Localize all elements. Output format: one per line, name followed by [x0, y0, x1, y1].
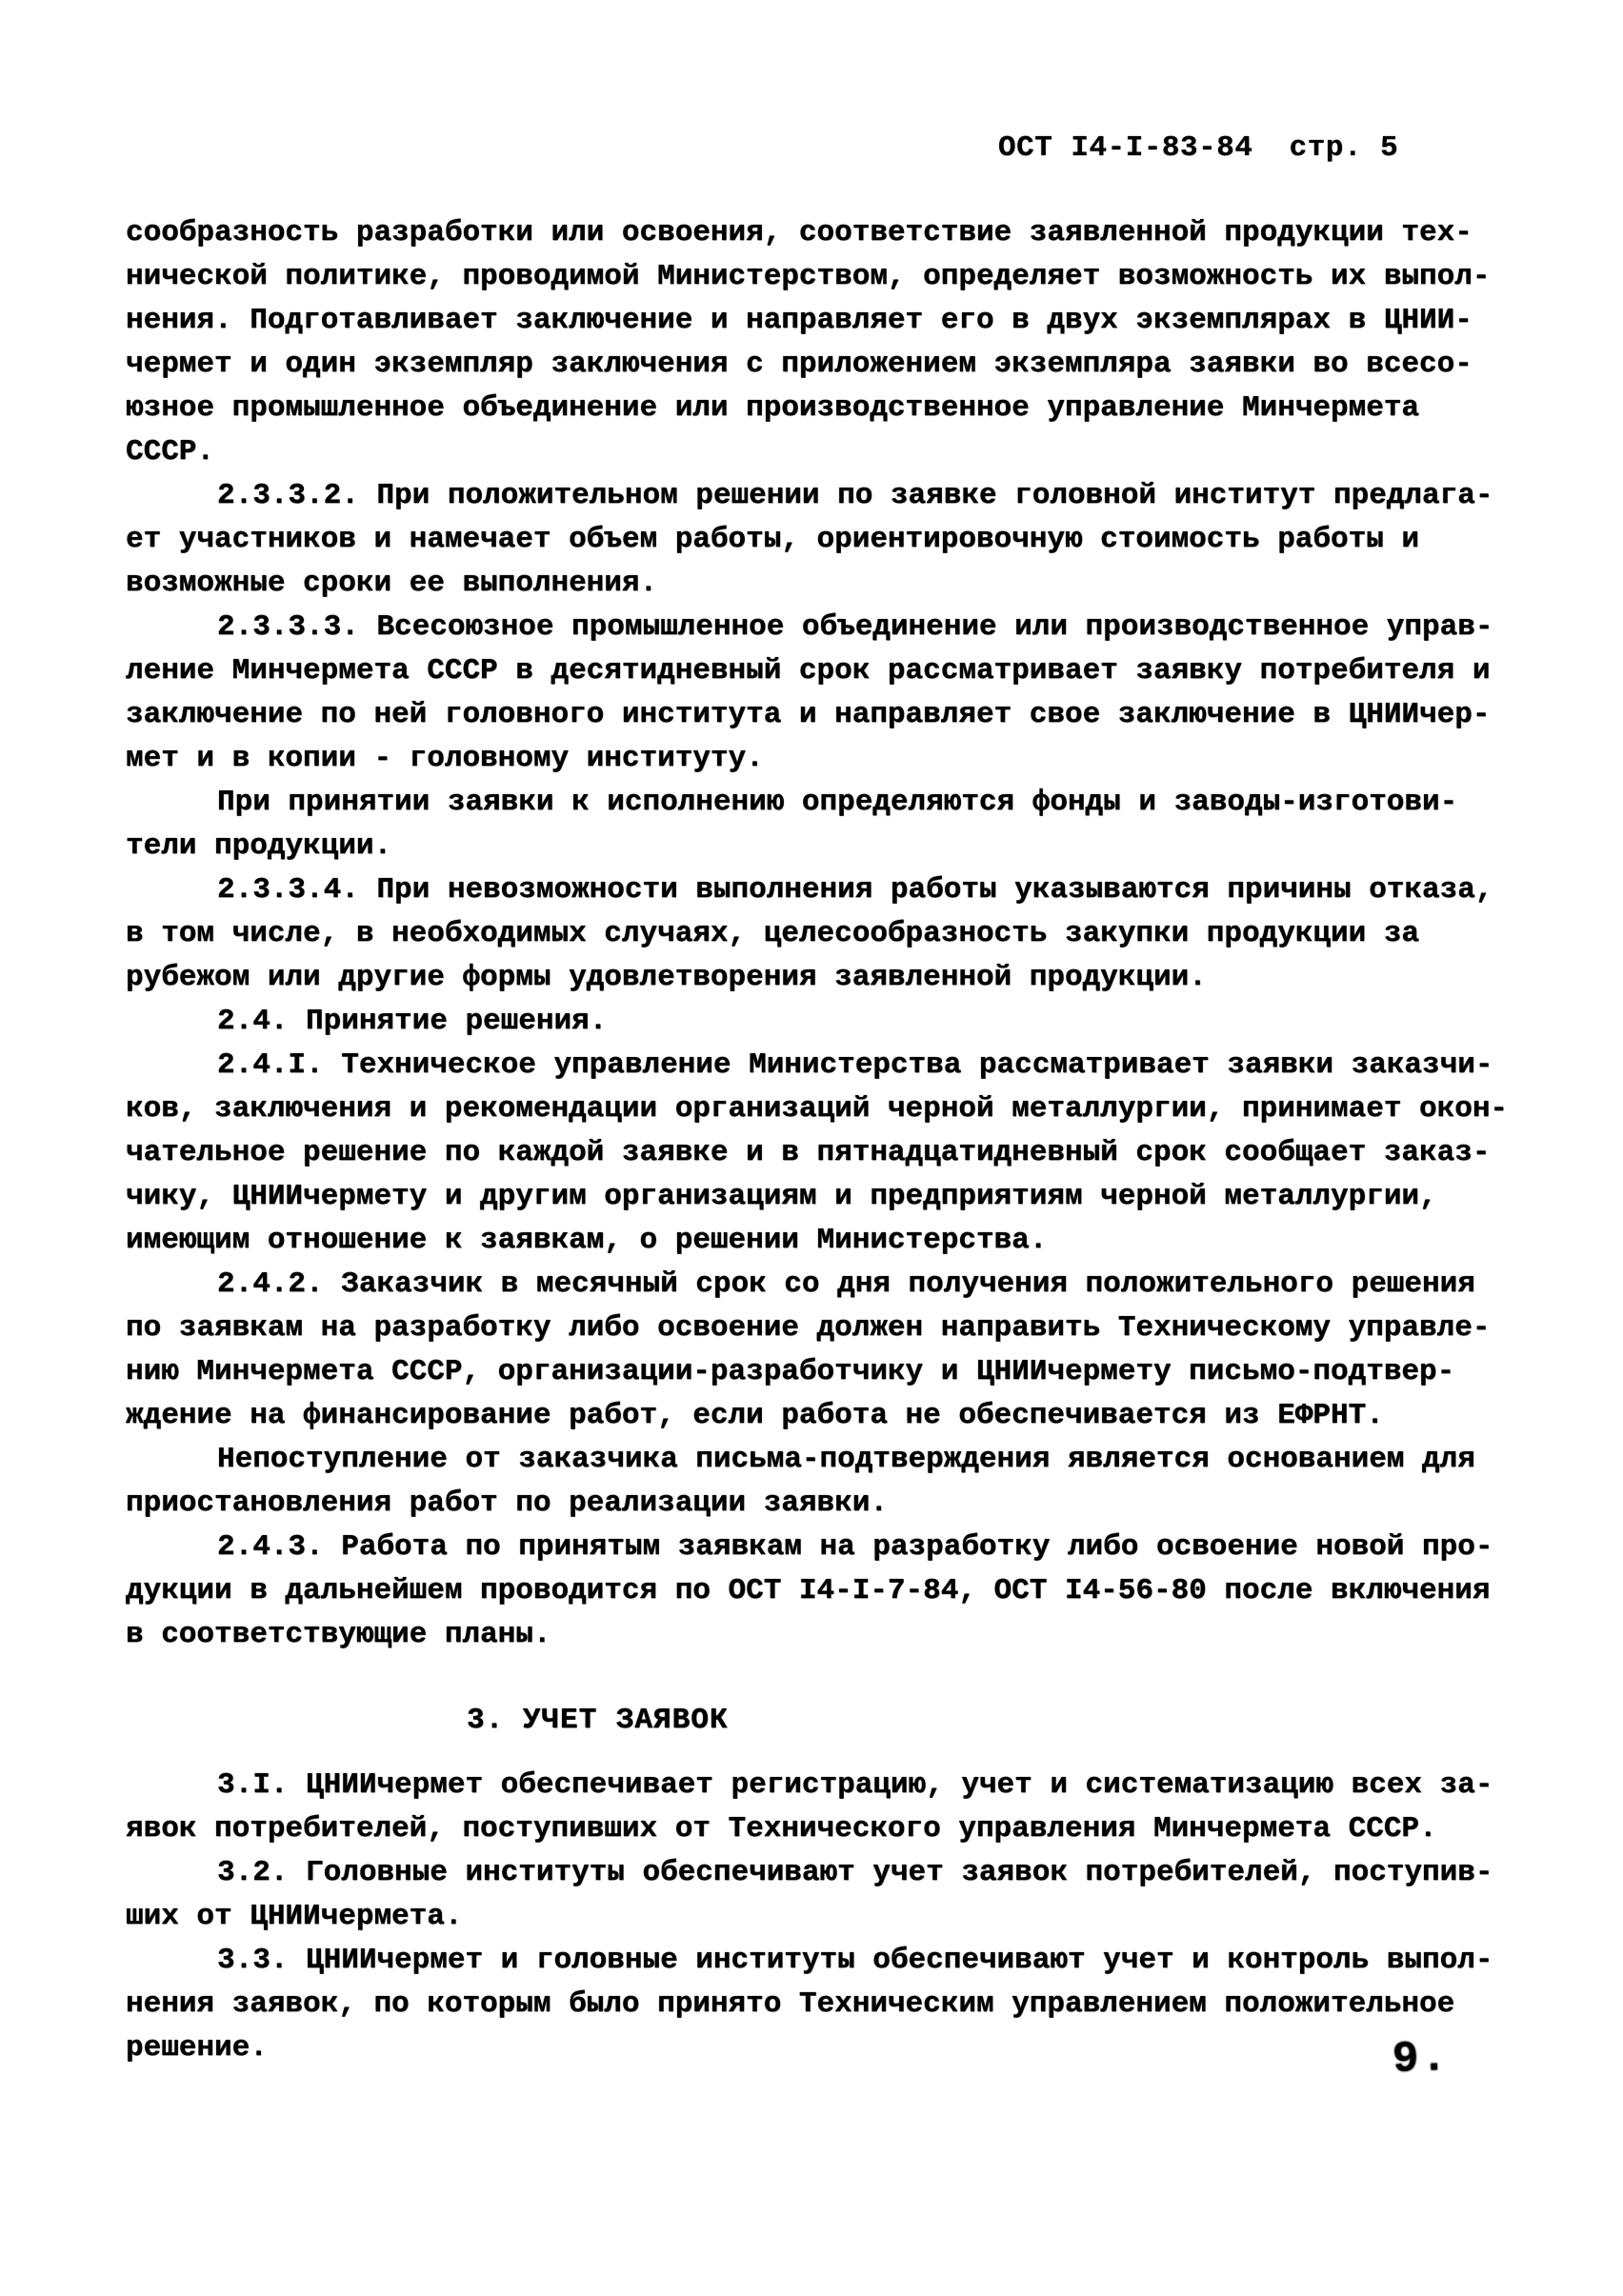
text-line: по заявкам на разработку либо освоение д…	[126, 1307, 1554, 1350]
text-line: в том числе, в необходимых случаях, целе…	[126, 912, 1554, 956]
text-line: приостановления работ по реализации заяв…	[126, 1482, 1554, 1526]
text-line: возможные сроки ее выполнения.	[126, 562, 1554, 606]
text-line: Непоступление от заказчика письма-подтве…	[126, 1438, 1554, 1482]
text-line: чику, ЦНИИчермету и другим организациям …	[126, 1175, 1554, 1219]
section-3-heading: 3. УЧЕТ ЗАЯВОК	[467, 1699, 1554, 1743]
text-line: 2.4.2. Заказчик в месячный срок со дня п…	[126, 1263, 1554, 1307]
text-line: нения. Подготавливает заключение и напра…	[126, 299, 1554, 343]
text-line: 2.3.3.3. Всесоюзное промышленное объедин…	[126, 606, 1554, 649]
text-line: 2.4.3. Работа по принятым заявкам на раз…	[126, 1526, 1554, 1569]
text-line: чермет и один экземпляр заключения с при…	[126, 343, 1554, 387]
text-line: решение.	[126, 2026, 1554, 2070]
text-line: заключение по ней головного института и …	[126, 693, 1554, 737]
text-line: чательное решение по каждой заявке и в п…	[126, 1131, 1554, 1175]
text-line: 2.3.3.2. При положительном решении по за…	[126, 474, 1554, 518]
handwritten-page-number: 9.	[1392, 2033, 1450, 2085]
text-line: ждение на финансирование работ, если раб…	[126, 1394, 1554, 1438]
text-line: 3.2. Головные институты обеспечивают уче…	[126, 1851, 1554, 1895]
text-line: ших от ЦНИИчермета.	[126, 1895, 1554, 1939]
document-body: сообразность разработки или освоения, со…	[126, 211, 1554, 2070]
text-line: сообразность разработки или освоения, со…	[126, 211, 1554, 255]
text-line: нической политике, проводимой Министерст…	[126, 255, 1554, 299]
text-line: ков, заключения и рекомендации организац…	[126, 1088, 1554, 1131]
document-header: ОСТ I4-I-83-84 стр. 5	[998, 131, 1398, 165]
text-line: При принятии заявки к исполнению определ…	[126, 781, 1554, 825]
section-2-text: сообразность разработки или освоения, со…	[126, 211, 1554, 1657]
scanned-document-page: ОСТ I4-I-83-84 стр. 5 сообразность разра…	[0, 0, 1623, 2296]
text-line: юзное промышленное объединение или произ…	[126, 387, 1554, 430]
text-line: дукции в дальнейшем проводится по ОСТ I4…	[126, 1569, 1554, 1613]
text-line: тели продукции.	[126, 825, 1554, 868]
text-line: СССР.	[126, 430, 1554, 474]
text-line: мет и в копии - головному институту.	[126, 737, 1554, 781]
text-line: явок потребителей, поступивших от Технич…	[126, 1807, 1554, 1851]
text-line: 3.3. ЦНИИчермет и головные институты обе…	[126, 1939, 1554, 1983]
text-line: 2.4. Принятие решения.	[126, 1000, 1554, 1044]
text-line: ет участников и намечает объем работы, о…	[126, 518, 1554, 562]
text-line: ление Минчермета СССР в десятидневный ср…	[126, 649, 1554, 693]
text-line: имеющим отношение к заявкам, о решении М…	[126, 1219, 1554, 1263]
section-3-text: 3.I. ЦНИИчермет обеспечивает регистрацию…	[126, 1764, 1554, 2070]
text-line: в соответствующие планы.	[126, 1613, 1554, 1657]
text-line: 3.I. ЦНИИчермет обеспечивает регистрацию…	[126, 1764, 1554, 1807]
text-line: нения заявок, по которым было принято Те…	[126, 1983, 1554, 2026]
text-line: рубежом или другие формы удовлетворения …	[126, 956, 1554, 1000]
text-line: 2.3.3.4. При невозможности выполнения ра…	[126, 868, 1554, 912]
text-line: 2.4.I. Техническое управление Министерст…	[126, 1044, 1554, 1088]
text-line: нию Минчермета СССР, организации-разрабо…	[126, 1350, 1554, 1394]
